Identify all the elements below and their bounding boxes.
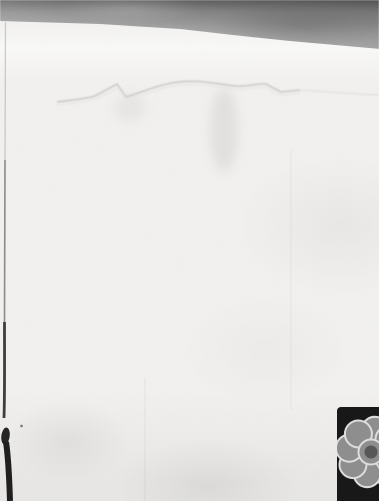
- photograph: [0, 0, 379, 501]
- film-grain: [0, 0, 379, 501]
